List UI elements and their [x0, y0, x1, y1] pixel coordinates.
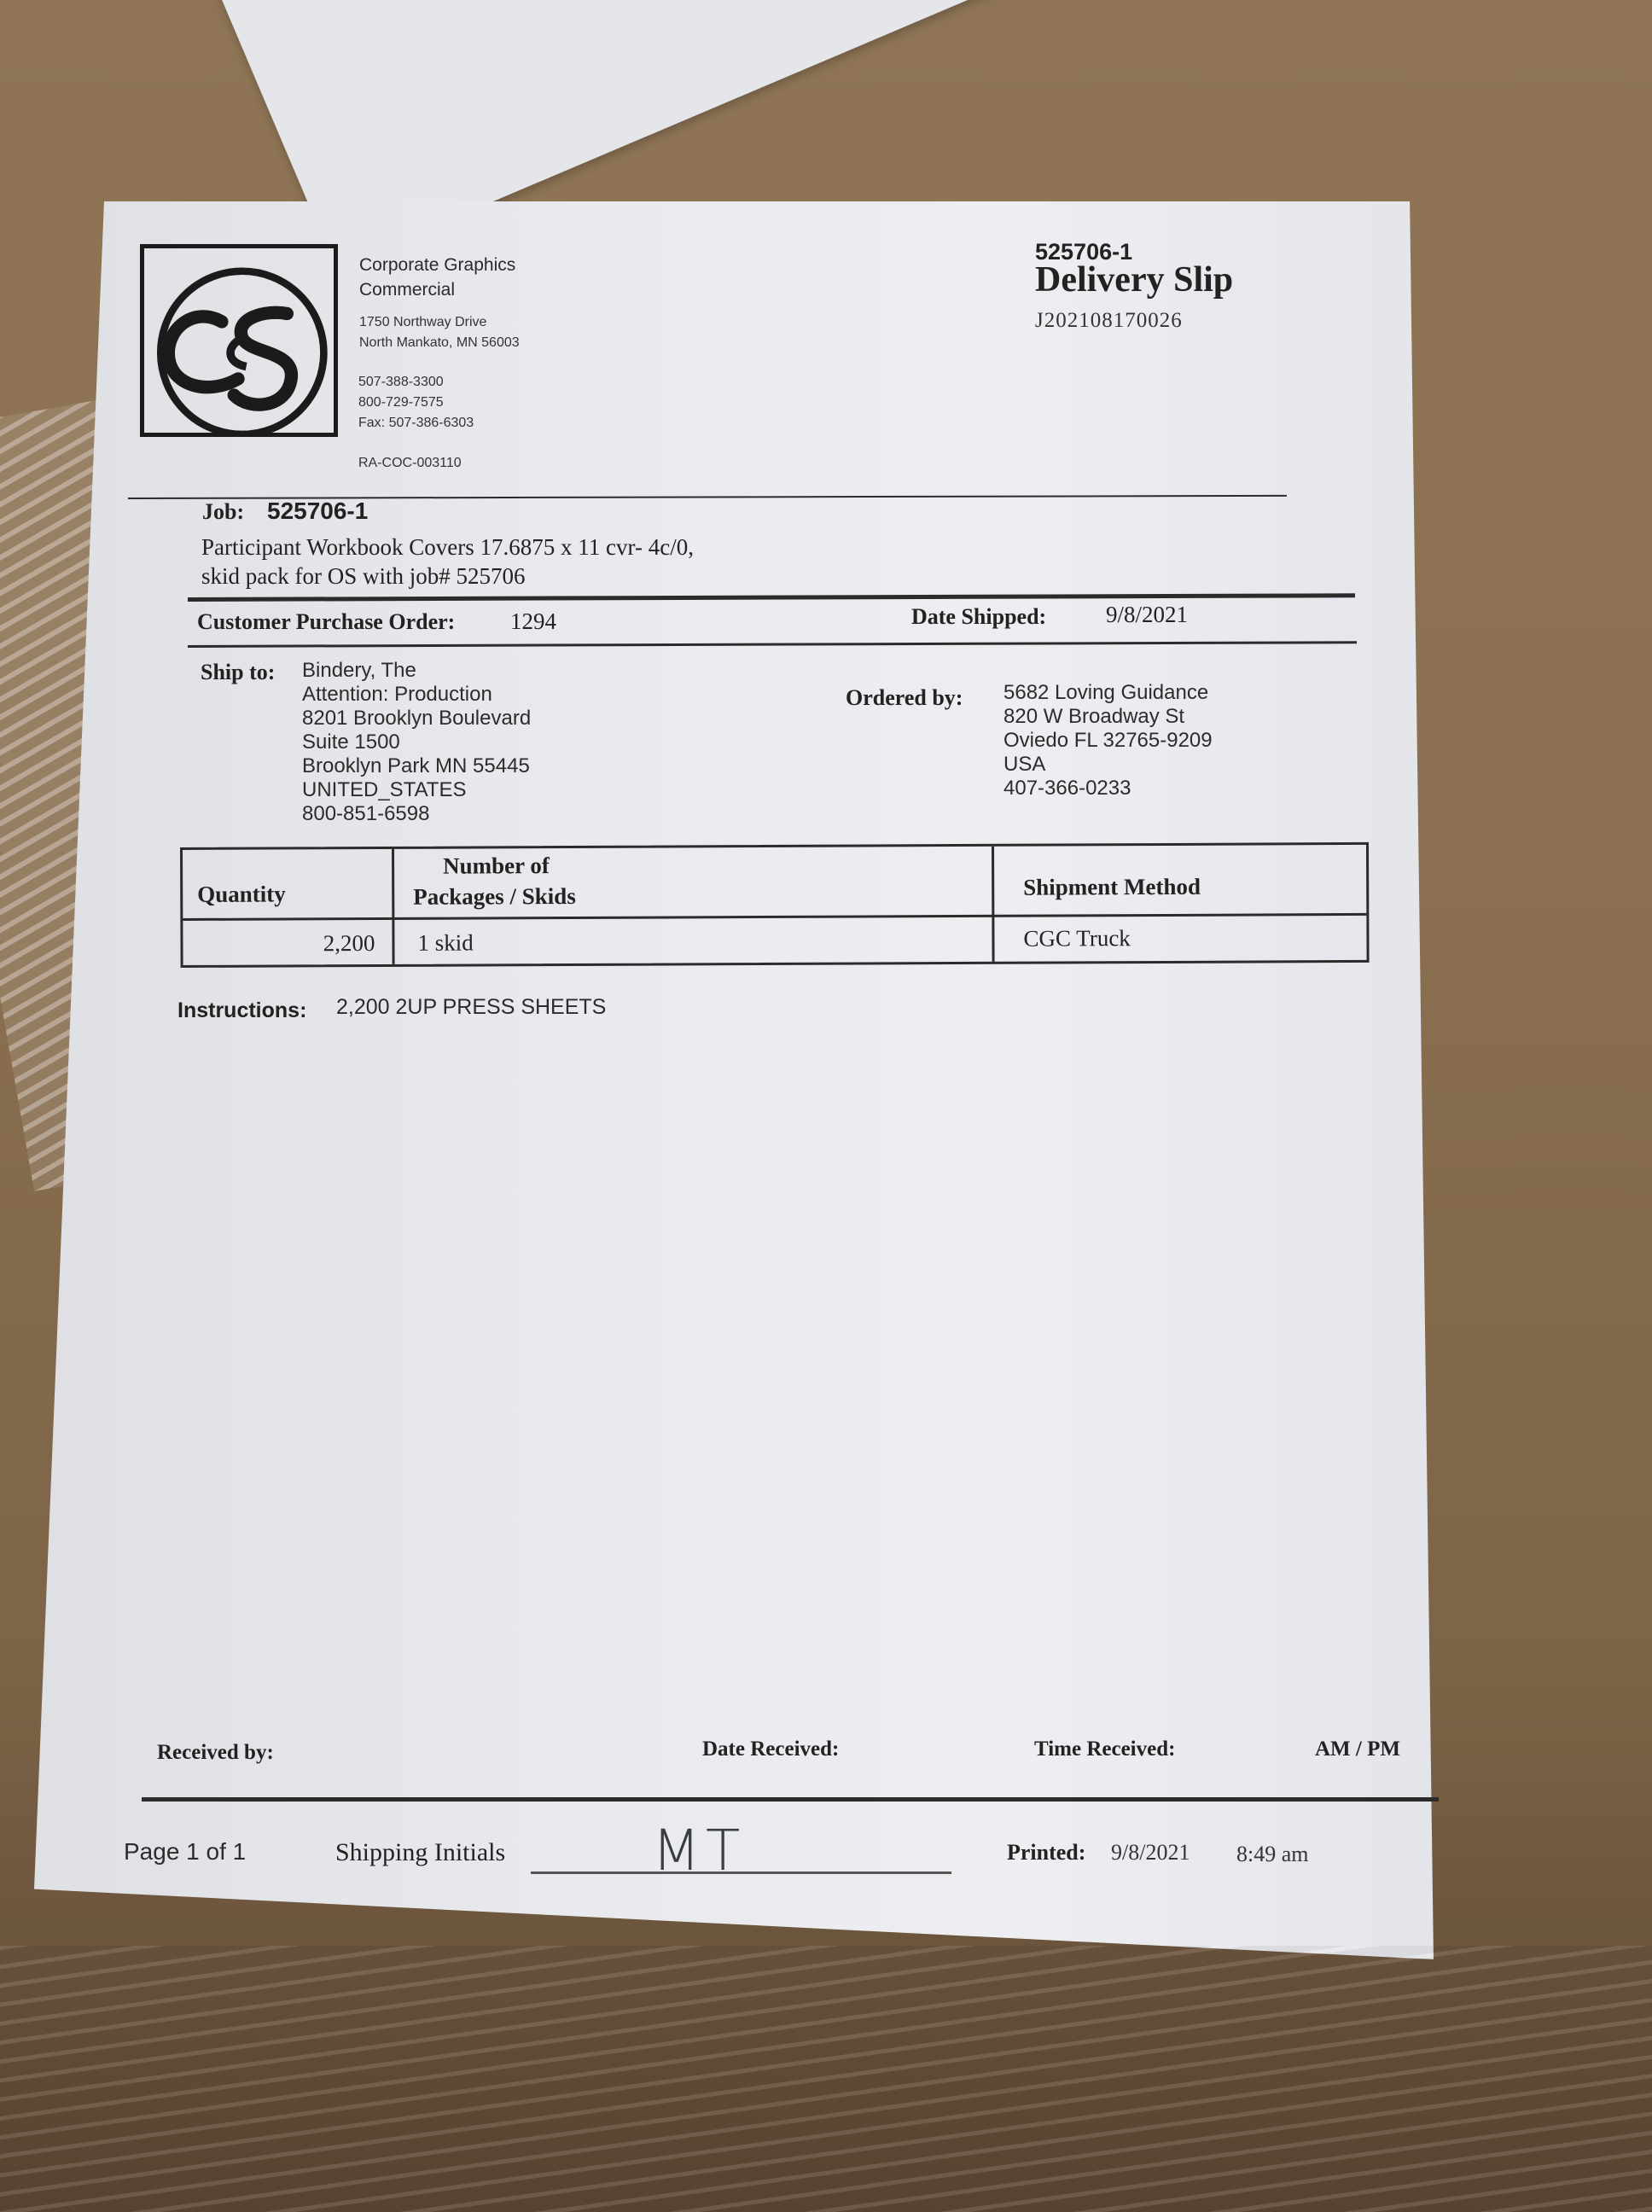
ship-to-label: Ship to:: [201, 660, 275, 685]
company-phone1: 507-388-3300: [358, 372, 474, 393]
company-phones: 507-388-3300 800-729-7575 Fax: 507-386-6…: [358, 372, 474, 434]
ship-to-line: 8201 Brooklyn Boulevard: [302, 707, 531, 731]
header-packages-line2: Packages / Skids: [413, 881, 576, 912]
printed-time: 8:49 am: [1236, 1842, 1309, 1867]
date-shipped-label: Date Shipped:: [911, 604, 1046, 630]
shipping-initials-handwritten: MT: [652, 1818, 745, 1883]
ship-to-line: Suite 1500: [302, 731, 531, 754]
row-shipment-method: CGC Truck: [1023, 925, 1130, 952]
certification-code: RA-COC-003110: [358, 456, 462, 471]
ordered-by-line: 5682 Loving Guidance: [1003, 681, 1213, 705]
job-description: Participant Workbook Covers 17.6875 x 11…: [201, 533, 694, 591]
ordered-by-label: Ordered by:: [846, 685, 963, 711]
instructions-value: 2,200 2UP PRESS SHEETS: [336, 995, 606, 1020]
ordered-by-line: Oviedo FL 32765-9209: [1003, 729, 1213, 753]
ordered-by-address: 5682 Loving Guidance 820 W Broadway St O…: [1003, 681, 1213, 800]
header-quantity: Quantity: [197, 878, 286, 909]
am-pm-label: AM / PM: [1315, 1738, 1400, 1761]
company-phone2: 800-729-7575: [358, 393, 474, 413]
date-shipped-value: 9/8/2021: [1106, 602, 1188, 628]
ordered-by-line: USA: [1003, 753, 1213, 777]
company-address-line2: North Mankato, MN 56003: [359, 333, 520, 353]
header-shipment-method: Shipment Method: [1023, 871, 1201, 903]
divider-job: [188, 593, 1355, 602]
company-name: Corporate Graphics Commercial: [359, 253, 515, 302]
shipment-table: Quantity Number of Packages / Skids Ship…: [180, 842, 1370, 968]
ordered-by-line: 407-366-0233: [1003, 777, 1213, 800]
company-logo: [140, 244, 338, 437]
job-label: Job:: [202, 499, 244, 525]
company-address-line1: 1750 Northway Drive: [359, 312, 520, 333]
company-address: 1750 Northway Drive North Mankato, MN 56…: [359, 312, 520, 353]
job-number: 525706-1: [267, 498, 368, 525]
signature-divider: [142, 1797, 1439, 1802]
received-by-label: Received by:: [157, 1741, 274, 1765]
company-name-line1: Corporate Graphics: [359, 253, 515, 277]
job-description-line1: Participant Workbook Covers 17.6875 x 11…: [201, 533, 694, 562]
purchase-order-value: 1294: [510, 608, 556, 635]
purchase-order-label: Customer Purchase Order:: [197, 609, 455, 635]
ship-to-line: 800-851-6598: [302, 802, 531, 826]
row-quantity: 2,200: [183, 930, 375, 958]
row-packages: 1 skid: [417, 930, 473, 957]
ordered-by-line: 820 W Broadway St: [1003, 705, 1213, 729]
cg-logo-icon: [144, 248, 334, 433]
header-packages-line1: Number of: [443, 850, 550, 882]
page-number: Page 1 of 1: [124, 1838, 246, 1866]
ship-to-address: Bindery, The Attention: Production 8201 …: [302, 659, 531, 826]
ship-to-line: Brooklyn Park MN 55445: [302, 754, 531, 778]
company-name-line2: Commercial: [359, 277, 515, 302]
divider-po: [188, 641, 1357, 648]
slip-title: Delivery Slip: [1035, 259, 1233, 300]
slip-code: J202108170026: [1035, 309, 1183, 333]
instructions-label: Instructions:: [177, 998, 306, 1023]
date-received-label: Date Received:: [702, 1738, 839, 1761]
time-received-label: Time Received:: [1034, 1738, 1175, 1761]
ship-to-line: Bindery, The: [302, 659, 531, 683]
ship-to-line: UNITED_STATES: [302, 778, 531, 802]
delivery-slip-content: Corporate Graphics Commercial 1750 North…: [0, 0, 1652, 2212]
printed-label: Printed:: [1007, 1840, 1085, 1866]
job-description-line2: skid pack for OS with job# 525706: [201, 562, 694, 591]
company-fax: Fax: 507-386-6303: [358, 413, 474, 434]
ship-to-line: Attention: Production: [302, 683, 531, 707]
shipping-initials-label: Shipping Initials: [335, 1838, 505, 1867]
printed-date: 9/8/2021: [1111, 1840, 1190, 1866]
